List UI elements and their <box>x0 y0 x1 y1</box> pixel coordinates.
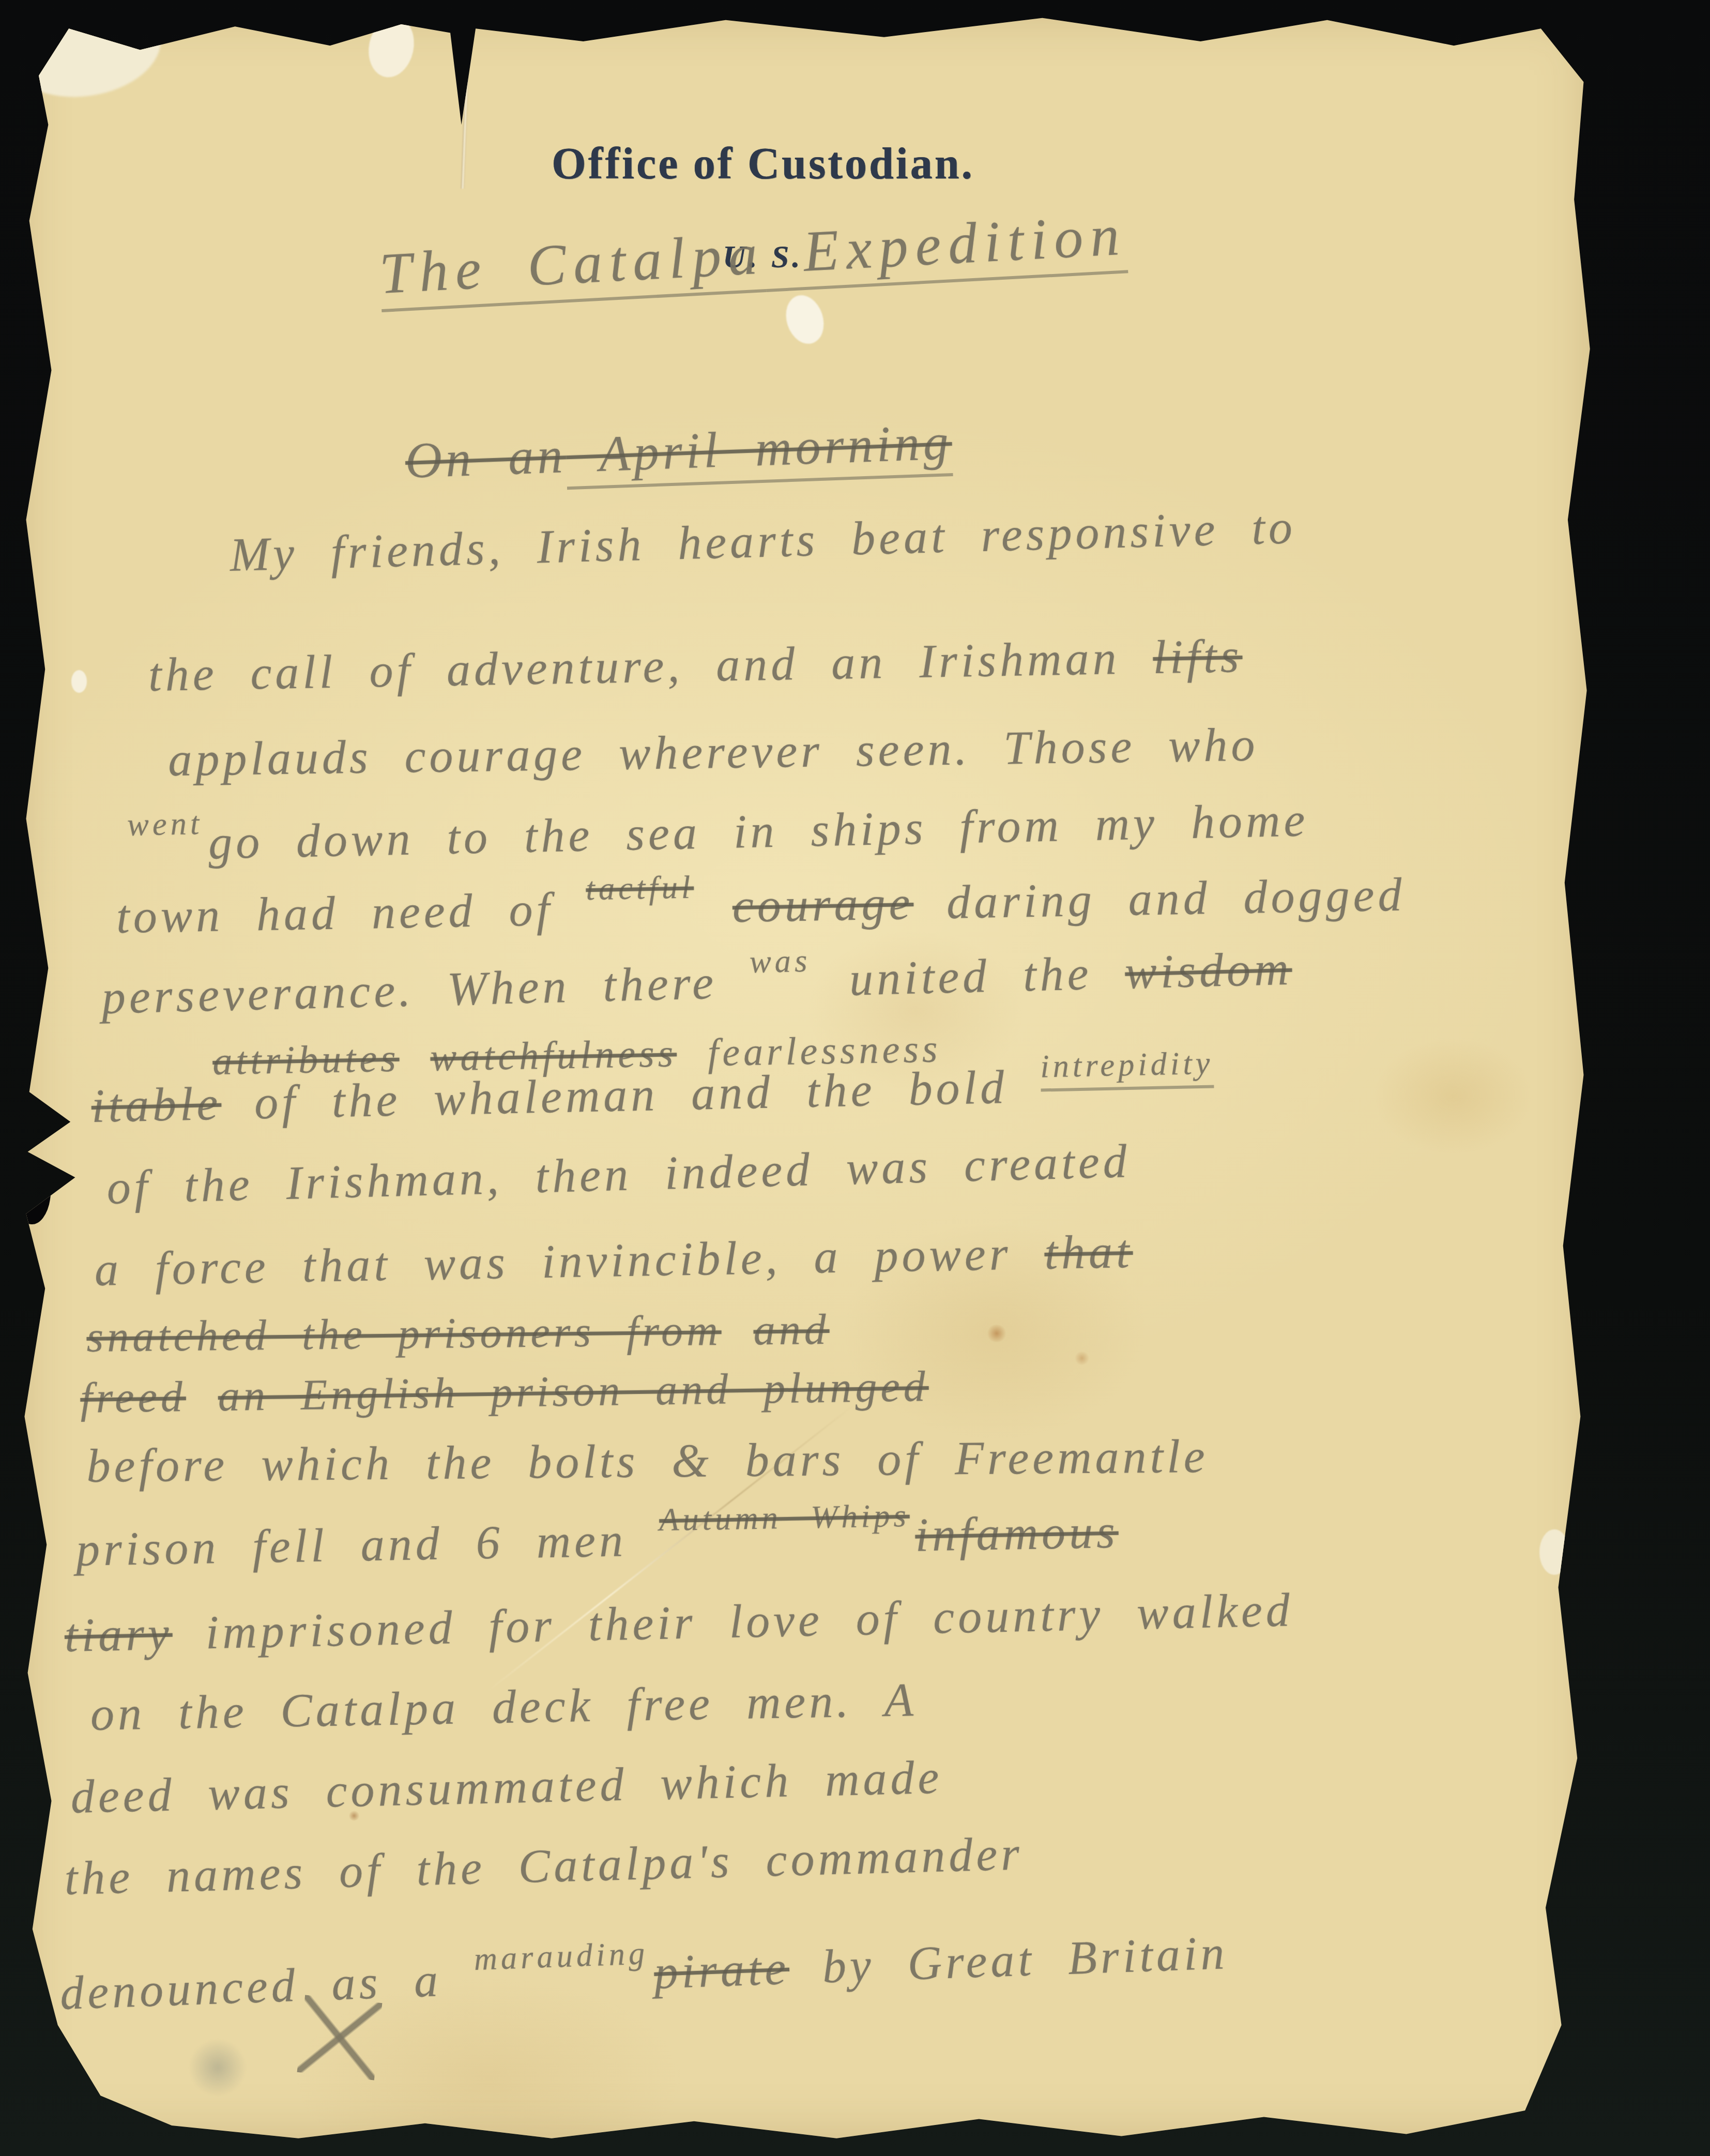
struck-out-text: snatched the prisoners from <box>86 1307 722 1361</box>
ink-smudge <box>184 2039 251 2096</box>
manuscript-line: perseverance. When there was united the … <box>101 941 1292 1025</box>
handwritten-text: by Great Britain <box>788 1926 1229 1994</box>
pencil-x-mark <box>297 1995 383 2081</box>
torn-paper-chip <box>780 291 830 349</box>
struck-out-text: April morning <box>565 414 953 490</box>
handwritten-text: denounced as a <box>59 1952 475 2020</box>
handwritten-text: Expedition <box>762 203 1128 292</box>
document-page: Office of Custodian. U. S. The Catalpa E… <box>13 7 1596 2143</box>
manuscript-line: of the Irishman, then indeed was created <box>106 1133 1131 1215</box>
rust-stain <box>986 1325 1007 1342</box>
manuscript-line: denounced as a maraudingpirate by Great … <box>59 1925 1229 2021</box>
manuscript-line: prison fell and 6 men Autumn Whipsinfamo… <box>75 1504 1119 1577</box>
struck-out-text: Autumn Whips <box>659 1497 910 1539</box>
manuscript-line: on the Catalpa deck free men. A <box>90 1672 917 1741</box>
manuscript-line: deed was consummated which made <box>70 1750 943 1824</box>
handwritten-text: prison fell and 6 men <box>75 1513 660 1576</box>
manuscript-line: a force that was invincible, a power tha… <box>94 1224 1133 1297</box>
manuscript-line: On an April morning <box>404 413 953 490</box>
handwritten-text: The Catalpa <box>378 222 766 312</box>
handwritten-text: on the Catalpa deck free men. A <box>90 1673 917 1740</box>
struck-out-text: wisdom <box>1124 942 1293 999</box>
manuscript-line: tiary imprisoned for their love of count… <box>64 1582 1294 1663</box>
torn-paper-chip <box>71 670 87 693</box>
letterhead-office-line: Office of Custodian. <box>510 138 1016 189</box>
struck-out-text: itable <box>91 1077 222 1132</box>
manuscript-line: snatched the prisoners from and <box>86 1304 830 1362</box>
struck-out-text: courage <box>732 876 914 932</box>
handwritten-text <box>699 879 733 933</box>
struck-out-text: freed <box>80 1373 187 1422</box>
manuscript-line: the call of adventure, and an Irishman l… <box>148 628 1243 702</box>
struck-out-text: and <box>753 1305 830 1355</box>
handwritten-text: My friends, Irish hearts beat responsive… <box>229 500 1296 581</box>
manuscript-line: wentgo down to the sea in ships from my … <box>127 792 1309 872</box>
struck-out-text: an English prison and plunged <box>218 1362 929 1420</box>
handwritten-text: perseverance. When there <box>101 955 751 1024</box>
handwritten-text: the call of adventure, and an Irishman <box>148 631 1153 701</box>
manuscript-line: freed an English prison and plunged <box>80 1361 929 1423</box>
inserted-text: intrepidity <box>1040 1044 1214 1092</box>
manuscript-line: town had need of tactful courage daring … <box>116 867 1406 944</box>
handwritten-text: a force that was invincible, a power <box>94 1226 1045 1296</box>
manuscript-line: before which the bolts & bars of Freeman… <box>86 1429 1209 1493</box>
manuscript-title-line: The Catalpa Expedition <box>378 202 1128 308</box>
struck-out-text: On an <box>404 428 567 489</box>
handwritten-text: of the Irishman, then indeed was created <box>106 1134 1131 1214</box>
inserted-text: marauding <box>473 1934 649 1978</box>
inserted-text: went <box>127 804 203 844</box>
handwritten-text: town had need of <box>116 882 587 943</box>
handwritten-text: applauds courage wherever seen. Those wh… <box>168 718 1259 786</box>
handwritten-text <box>721 1306 754 1355</box>
struck-out-text: tiary <box>64 1607 173 1662</box>
handwritten-text: daring and dogged <box>913 868 1406 929</box>
handwritten-text: deed was consummated which made <box>70 1751 943 1823</box>
rust-stain <box>1074 1352 1090 1365</box>
manuscript-line: applauds courage wherever seen. Those wh… <box>168 717 1259 787</box>
handwritten-text <box>186 1372 218 1421</box>
inserted-text: was <box>749 942 811 981</box>
handwritten-text: united the <box>816 946 1126 1007</box>
struck-out-text: tactful <box>586 869 694 908</box>
manuscript-line: the names of the Catalpa's commander <box>64 1826 1024 1906</box>
struck-out-text: lifts <box>1152 629 1243 684</box>
manuscript-line: My friends, Irish hearts beat responsive… <box>229 499 1296 582</box>
struck-out-text: infamous <box>914 1505 1119 1561</box>
handwritten-text: imprisoned for their love of country wal… <box>172 1583 1294 1659</box>
handwritten-text: the names of the Catalpa's commander <box>64 1827 1024 1905</box>
struck-out-text: pirate <box>653 1941 790 1999</box>
struck-out-text: that <box>1044 1225 1134 1279</box>
handwritten-text: go down to the sea in ships from my home <box>208 793 1309 869</box>
handwritten-text: before which the bolts & bars of Freeman… <box>86 1430 1209 1492</box>
